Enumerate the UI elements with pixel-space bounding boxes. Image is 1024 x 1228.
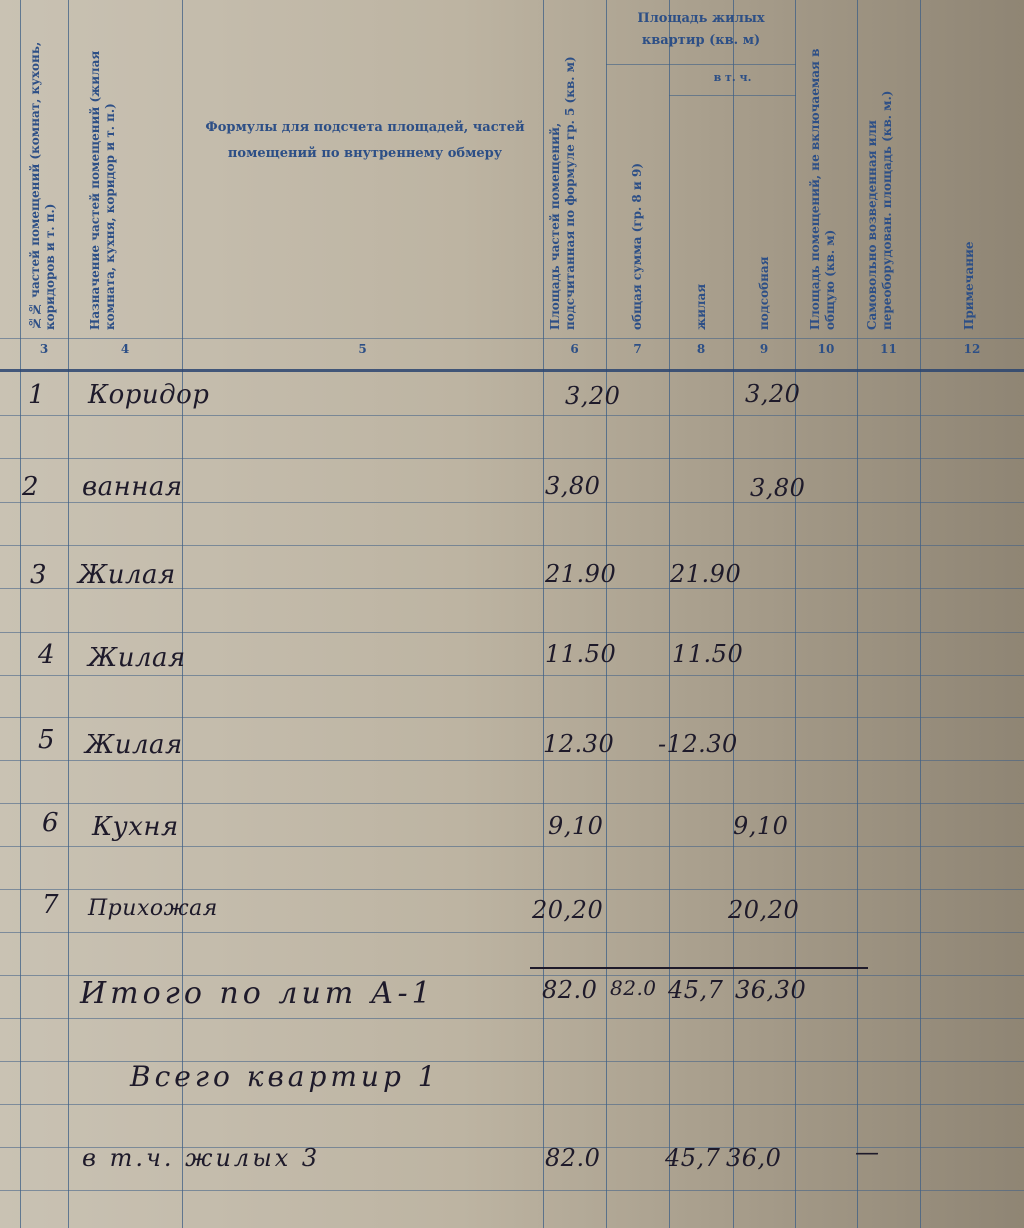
grid-line bbox=[606, 64, 796, 65]
row-number: 1 bbox=[28, 380, 45, 410]
grid-line bbox=[669, 95, 796, 96]
room-name: Жилая bbox=[85, 730, 183, 760]
apartments-count-label: Всего квартир 1 bbox=[130, 1060, 440, 1093]
grid-line bbox=[543, 0, 544, 1228]
room-area: 3,80 bbox=[545, 472, 600, 500]
room-name: Прихожая bbox=[88, 896, 218, 921]
total-area: 82.0 bbox=[542, 976, 597, 1004]
header-col4: Назначение частей помещений (жилая комна… bbox=[88, 10, 118, 330]
room-area: 3,20 bbox=[565, 382, 620, 410]
column-number: 11 bbox=[857, 342, 920, 356]
grid-line bbox=[669, 0, 670, 1228]
header-col10: Площадь помещений, не включаемая в общую… bbox=[808, 10, 838, 330]
room-name: Жилая bbox=[78, 560, 176, 590]
living-living-area: 45,7 bbox=[665, 1144, 720, 1172]
room-area: 21.90 bbox=[545, 560, 616, 588]
header-col12: Примечание bbox=[962, 100, 977, 330]
header-col9: подсобная bbox=[757, 110, 772, 330]
row-number: 2 bbox=[22, 472, 39, 502]
column-number: 5 bbox=[182, 342, 543, 356]
grid-line bbox=[733, 0, 734, 1228]
column-number: 3 bbox=[20, 342, 68, 356]
room-living: 11.50 bbox=[672, 640, 743, 668]
room-auxiliary: 3,20 bbox=[745, 380, 800, 408]
column-number: 7 bbox=[606, 342, 669, 356]
room-area: 12.30 bbox=[543, 730, 614, 758]
room-area: 9,10 bbox=[548, 812, 603, 840]
column-number: 6 bbox=[543, 342, 606, 356]
row-number: 3 bbox=[30, 560, 47, 590]
header-col6: Площадь частей помещений, подсчитанная п… bbox=[548, 30, 578, 330]
grid-line bbox=[20, 0, 21, 1228]
living-col10-dash: — bbox=[855, 1138, 880, 1166]
row-number: 4 bbox=[38, 640, 55, 670]
header-col5: Формулы для подсчета площадей, частей по… bbox=[190, 115, 540, 167]
header-col7: общая сумма (гр. 8 и 9) bbox=[630, 75, 645, 330]
room-living: 21.90 bbox=[670, 560, 741, 588]
header-separator bbox=[0, 369, 1024, 372]
header-col3: №№ частей помещений (комнат, кухонь, кор… bbox=[28, 10, 58, 330]
header-col8: жилая bbox=[694, 110, 709, 330]
row-number: 6 bbox=[42, 808, 59, 838]
living-auxiliary-area: 36,0 bbox=[726, 1144, 781, 1172]
column-number: 8 bbox=[669, 342, 733, 356]
column-number: 10 bbox=[795, 342, 857, 356]
room-auxiliary: 9,10 bbox=[733, 812, 788, 840]
grid-line bbox=[920, 0, 921, 1228]
header-col11: Самовольно возведенная или переоборудова… bbox=[865, 10, 895, 330]
grid-line bbox=[182, 0, 183, 1228]
room-area: 20,20 bbox=[532, 896, 603, 924]
grid-line bbox=[0, 338, 1024, 339]
room-name: Кухня bbox=[92, 812, 179, 842]
grid-line bbox=[606, 0, 607, 1228]
column-number: 4 bbox=[68, 342, 182, 356]
header-group-living-area: Площадь жилых квартир (кв. м) bbox=[606, 8, 796, 52]
room-auxiliary: 20,20 bbox=[728, 896, 799, 924]
grid-line bbox=[795, 0, 796, 1228]
total-sum: 82.0 bbox=[610, 976, 657, 1000]
room-name: Жилая bbox=[88, 643, 186, 673]
inventory-form-sheet: №№ частей помещений (комнат, кухонь, кор… bbox=[0, 0, 1024, 1228]
column-number: 9 bbox=[733, 342, 795, 356]
row-number: 5 bbox=[38, 725, 55, 755]
total-living: 45,7 bbox=[668, 976, 723, 1004]
row-number: 7 bbox=[42, 890, 59, 920]
room-area: 11.50 bbox=[545, 640, 616, 668]
room-name: ванная bbox=[82, 472, 183, 502]
total-underline bbox=[530, 967, 868, 969]
room-living: -12.30 bbox=[658, 730, 738, 758]
room-auxiliary: 3,80 bbox=[750, 474, 805, 502]
living-total-area: 82.0 bbox=[545, 1144, 600, 1172]
room-name: Коридор bbox=[88, 380, 209, 410]
total-label: Итого по лит А-1 bbox=[80, 976, 435, 1011]
grid-line bbox=[857, 0, 858, 1228]
column-number: 12 bbox=[920, 342, 1024, 356]
living-count-label: в т.ч. жилых 3 bbox=[82, 1144, 320, 1172]
total-auxiliary: 36,30 bbox=[735, 976, 806, 1004]
grid-line bbox=[68, 0, 69, 1228]
header-including: в т. ч. bbox=[669, 68, 796, 88]
